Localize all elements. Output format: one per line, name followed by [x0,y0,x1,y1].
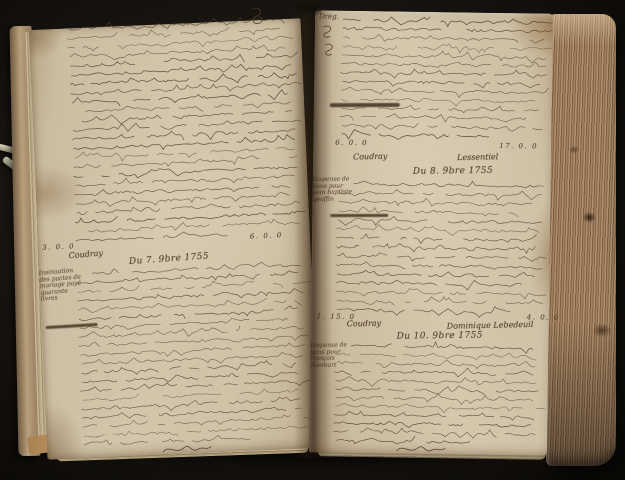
fore-edge-page-stack [546,14,616,466]
right-page: Dreg. 6. 0. 0 17. 0. 0 Coudray Lessentie… [309,10,553,455]
handwritten-text-block [335,179,547,327]
clerk-signature: Coudray [353,152,388,162]
handwritten-text-block [75,259,313,459]
handwritten-text-block [333,341,541,458]
entry-date-heading: Du 10. 9bre 1755 [397,331,483,342]
left-page-content: 3. 0. 0 6. 0. 0 Coudray Du 7. 9bre 1755 … [29,18,319,459]
left-page: 3. 0. 0 6. 0. 0 Coudray Du 7. 9bre 1755 … [29,18,319,459]
entry-date-heading: Du 8. 9bre 1755 [413,166,493,177]
right-page-content: Dreg. 6. 0. 0 17. 0. 0 Coudray Lessentie… [309,10,553,455]
gutter-registration-mark: Dreg. [319,12,339,20]
handwritten-text-block [67,15,305,256]
party-signature: Lessentiel [457,152,498,162]
paraph-flourish-icon [322,42,336,58]
handwritten-text-block [339,15,549,152]
manuscript-photograph: 3. 0. 0 6. 0. 0 Coudray Du 7. 9bre 1755 … [0,0,625,480]
paraph-flourish-icon [321,24,335,40]
